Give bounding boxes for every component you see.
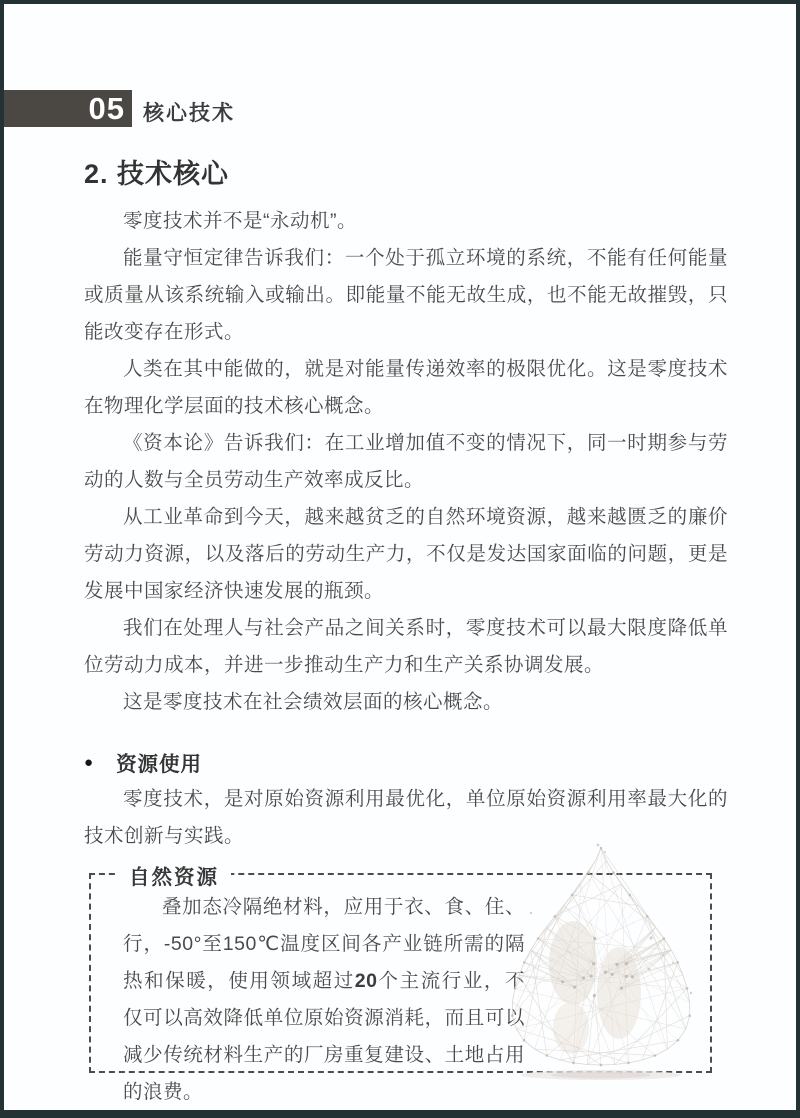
chapter-number: 05 [89, 91, 125, 127]
main-content: 2. 技术核心 零度技术并不是“永动机”。 能量守恒定律告诉我们：一个处于孤立环… [84, 152, 728, 1073]
paragraph: 能量守恒定律告诉我们：一个处于孤立环境的系统，不能有任何能量或质量从该系统输入或… [84, 240, 728, 351]
water-drop-svg [501, 843, 706, 1088]
resource-box-text-segment-bold: 20 [355, 970, 378, 992]
paragraph: 我们在处理人与社会产品之间关系时，零度技术可以最大限度降低单位劳动力成本，并进一… [84, 610, 728, 684]
chapter-number-badge: 05 [4, 90, 132, 127]
paragraph: 零度技术，是对原始资源利用最优化，单位原始资源利用率最大化的技术创新与实践。 [84, 781, 728, 855]
drop-inner-shading [549, 921, 597, 1005]
drop-shadow-inner [551, 1072, 651, 1079]
natural-resources-box: 自然资源 叠加态冷隔绝材料，应用于衣、食、住、行，-50°至150℃温度区间各产… [89, 873, 712, 1073]
drop-outline-path [512, 848, 690, 1065]
drop-inner-shading [553, 1002, 589, 1054]
resource-section-title: 资源使用 [116, 747, 202, 777]
chapter-title: 核心技术 [143, 97, 235, 127]
paragraph: 《资本论》告诉我们：在工业增加值不变的情况下，同一时期参与劳动的人数与全员劳动生… [84, 425, 728, 499]
natural-resources-box-text: 叠加态冷隔绝材料，应用于衣、食、住、行，-50°至150℃温度区间各产业链所需的… [123, 889, 525, 1111]
water-drop-graphic [501, 843, 706, 1088]
paragraph: 这是零度技术在社会绩效层面的核心概念。 [84, 684, 728, 721]
paragraph: 从工业革命到今天，越来越贫乏的自然环境资源，越来越匮乏的廉价劳动力资源，以及落后… [84, 499, 728, 610]
resource-section-header: ● 资源使用 [84, 747, 728, 777]
page-frame: 05 核心技术 2. 技术核心 零度技术并不是“永动机”。 能量守恒定律告诉我们… [0, 0, 800, 1118]
section-heading: 2. 技术核心 [84, 152, 728, 191]
bullet-icon: ● [84, 755, 93, 770]
natural-resources-box-title: 自然资源 [117, 860, 231, 890]
paragraph: 人类在其中能做的，就是对能量传递效率的极限优化。这是零度技术在物理化学层面的技术… [84, 351, 728, 425]
drop-inner-shading [597, 947, 641, 1039]
paragraph: 零度技术并不是“永动机”。 [84, 203, 728, 240]
page: 05 核心技术 2. 技术核心 零度技术并不是“永动机”。 能量守恒定律告诉我们… [4, 4, 796, 1110]
drop-specks [516, 844, 692, 1075]
drop-shadow [521, 1070, 681, 1080]
drop-mesh [511, 847, 691, 1067]
